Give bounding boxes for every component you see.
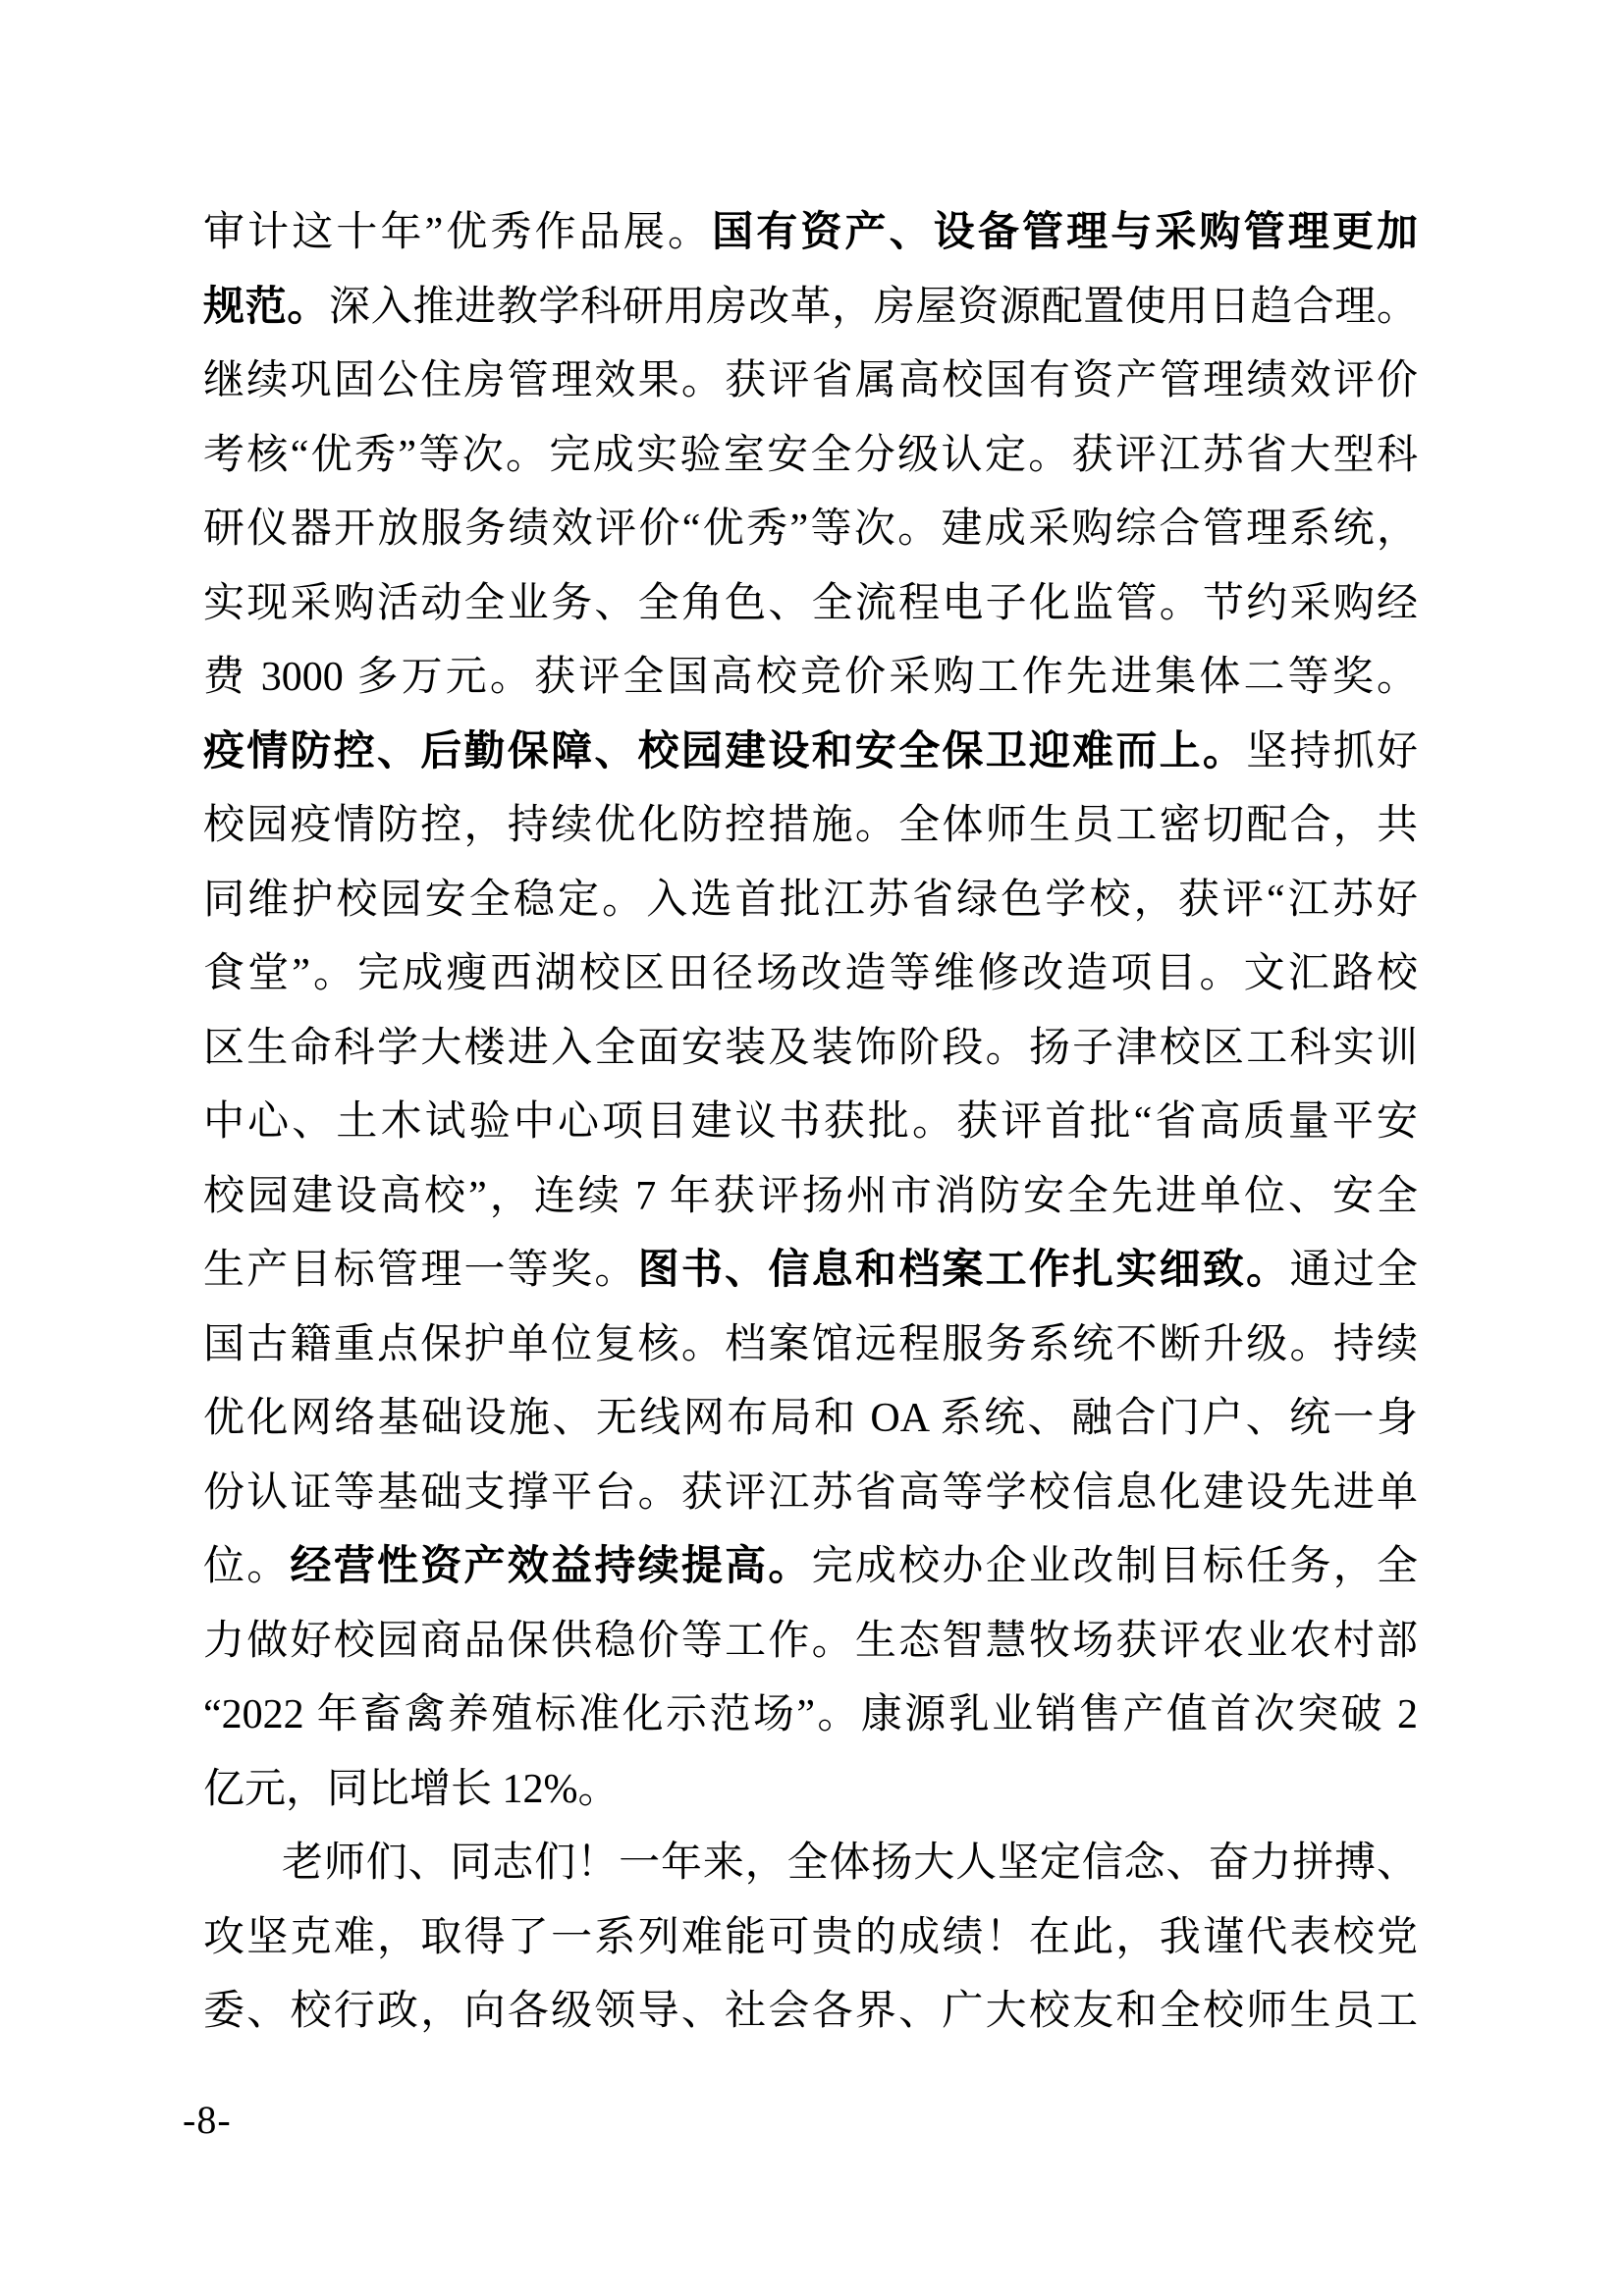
text-segment: 中心、土木试验中心项目建议书获批。获评首批“省高质量平安 <box>203 1099 1418 1145</box>
text-line: 食堂”。完成瘦西湖校区田径场改造等维修改造项目。文汇路校 <box>203 937 1418 1012</box>
text-segment: 深入推进教学科研用房改革，房屋资源配置使用日趋合理。 <box>329 285 1418 330</box>
text-segment: 份认证等基础支撑平台。获评江苏省高等学校信息化建设先进单 <box>203 1470 1418 1516</box>
text-segment: 审计这十年”优秀作品展。 <box>203 210 712 255</box>
text-segment: 委、校行政，向各级领导、社会各界、广大校友和全校师生员工 <box>203 1989 1418 2034</box>
text-segment: 亿元，同比增长 12%。 <box>203 1767 620 1812</box>
text-segment: 继续巩固公住房管理效果。获评省属高校国有资产管理绩效评价 <box>203 358 1418 403</box>
text-line: 规范。深入推进教学科研用房改革，房屋资源配置使用日趋合理。 <box>203 271 1418 346</box>
text-segment: 生产目标管理一等奖。 <box>203 1248 638 1293</box>
text-line: 中心、土木试验中心项目建议书获批。获评首批“省高质量平安 <box>203 1086 1418 1160</box>
text-segment: 老师们、同志们！一年来，全体扬大人坚定信念、奋力拼搏、 <box>282 1841 1418 1886</box>
text-line: 老师们、同志们！一年来，全体扬大人坚定信念、奋力拼搏、 <box>203 1827 1418 1901</box>
text-segment: 校园建设高校”，连续 7 年获评扬州市消防安全先进单位、安全 <box>203 1174 1418 1219</box>
text-segment: 校园疫情防控，持续优化防控措施。全体师生员工密切配合，共 <box>203 803 1418 848</box>
text-segment: 考核“优秀”等次。完成实验室安全分级认定。获评江苏省大型科 <box>203 433 1418 478</box>
text-line: 区生命科学大楼进入全面安装及装饰阶段。扬子津校区工科实训 <box>203 1012 1418 1087</box>
text-segment: 国古籍重点保护单位复核。档案馆远程服务系统不断升级。持续 <box>203 1322 1418 1367</box>
text-segment: “2022 年畜禽养殖标准化示范场”。康源乳业销售产值首次突破 2 <box>203 1692 1418 1737</box>
text-line: 同维护校园安全稳定。入选首批江苏省绿色学校，获评“江苏好 <box>203 864 1418 938</box>
text-segment: 食堂”。完成瘦西湖校区田径场改造等维修改造项目。文汇路校 <box>203 951 1418 996</box>
text-segment: 攻坚克难，取得了一系列难能可贵的成绩！在此，我谨代表校党 <box>203 1915 1418 1960</box>
text-line: 实现采购活动全业务、全角色、全流程电子化监管。节约采购经 <box>203 567 1418 642</box>
text-line: 位。经营性资产效益持续提高。完成校办企业改制目标任务，全 <box>203 1530 1418 1605</box>
text-line: 研仪器开放服务绩效评价“优秀”等次。建成采购综合管理系统， <box>203 493 1418 567</box>
bold-text-segment: 经营性资产效益持续提高。 <box>291 1544 812 1589</box>
text-line: “2022 年畜禽养殖标准化示范场”。康源乳业销售产值首次突破 2 <box>203 1679 1418 1753</box>
text-segment: 区生命科学大楼进入全面安装及装饰阶段。扬子津校区工科实训 <box>203 1026 1418 1071</box>
text-line: 校园建设高校”，连续 7 年获评扬州市消防安全先进单位、安全 <box>203 1160 1418 1235</box>
text-line: 亿元，同比增长 12%。 <box>203 1753 1418 1828</box>
text-segment: 通过全 <box>1289 1248 1418 1293</box>
text-line: 国古籍重点保护单位复核。档案馆远程服务系统不断升级。持续 <box>203 1308 1418 1383</box>
text-line: 生产目标管理一等奖。图书、信息和档案工作扎实细致。通过全 <box>203 1234 1418 1308</box>
text-line: 继续巩固公住房管理效果。获评省属高校国有资产管理绩效评价 <box>203 345 1418 419</box>
text-line: 力做好校园商品保供稳价等工作。生态智慧牧场获评农业农村部 <box>203 1605 1418 1680</box>
text-segment: 坚持抓好 <box>1246 729 1418 774</box>
text-segment: 力做好校园商品保供稳价等工作。生态智慧牧场获评农业农村部 <box>203 1619 1418 1664</box>
text-line: 份认证等基础支撑平台。获评江苏省高等学校信息化建设先进单 <box>203 1457 1418 1531</box>
bold-text-segment: 国有资产、设备管理与采购管理更加 <box>712 210 1418 255</box>
text-segment: 完成校办企业改制目标任务，全 <box>812 1544 1418 1589</box>
bold-text-segment: 疫情防控、后勤保障、校园建设和安全保卫迎难而上。 <box>203 729 1246 774</box>
document-body: 审计这十年”优秀作品展。国有资产、设备管理与采购管理更加规范。深入推进教学科研用… <box>203 196 1418 2050</box>
text-line: 委、校行政，向各级领导、社会各界、广大校友和全校师生员工 <box>203 1975 1418 2050</box>
bold-text-segment: 图书、信息和档案工作扎实细致。 <box>638 1248 1290 1293</box>
text-line: 校园疫情防控，持续优化防控措施。全体师生员工密切配合，共 <box>203 789 1418 864</box>
text-line: 费 3000 多万元。获评全国高校竞价采购工作先进集体二等奖。 <box>203 641 1418 716</box>
document-page: 审计这十年”优秀作品展。国有资产、设备管理与采购管理更加规范。深入推进教学科研用… <box>0 0 1624 2296</box>
text-segment: 实现采购活动全业务、全角色、全流程电子化监管。节约采购经 <box>203 581 1418 626</box>
text-segment: 优化网络基础设施、无线网布局和 OA 系统、融合门户、统一身 <box>203 1396 1418 1441</box>
text-segment: 位。 <box>203 1544 291 1589</box>
text-line: 攻坚克难，取得了一系列难能可贵的成绩！在此，我谨代表校党 <box>203 1901 1418 1976</box>
text-line: 疫情防控、后勤保障、校园建设和安全保卫迎难而上。坚持抓好 <box>203 716 1418 790</box>
text-line: 审计这十年”优秀作品展。国有资产、设备管理与采购管理更加 <box>203 196 1418 271</box>
text-line: 考核“优秀”等次。完成实验室安全分级认定。获评江苏省大型科 <box>203 419 1418 494</box>
text-line: 优化网络基础设施、无线网布局和 OA 系统、融合门户、统一身 <box>203 1382 1418 1457</box>
text-segment: 费 3000 多万元。获评全国高校竞价采购工作先进集体二等奖。 <box>203 655 1418 700</box>
page-number: -8- <box>183 2097 232 2144</box>
text-segment: 同维护校园安全稳定。入选首批江苏省绿色学校，获评“江苏好 <box>203 878 1418 923</box>
text-segment: 研仪器开放服务绩效评价“优秀”等次。建成采购综合管理系统， <box>203 507 1418 552</box>
bold-text-segment: 规范。 <box>203 285 329 330</box>
